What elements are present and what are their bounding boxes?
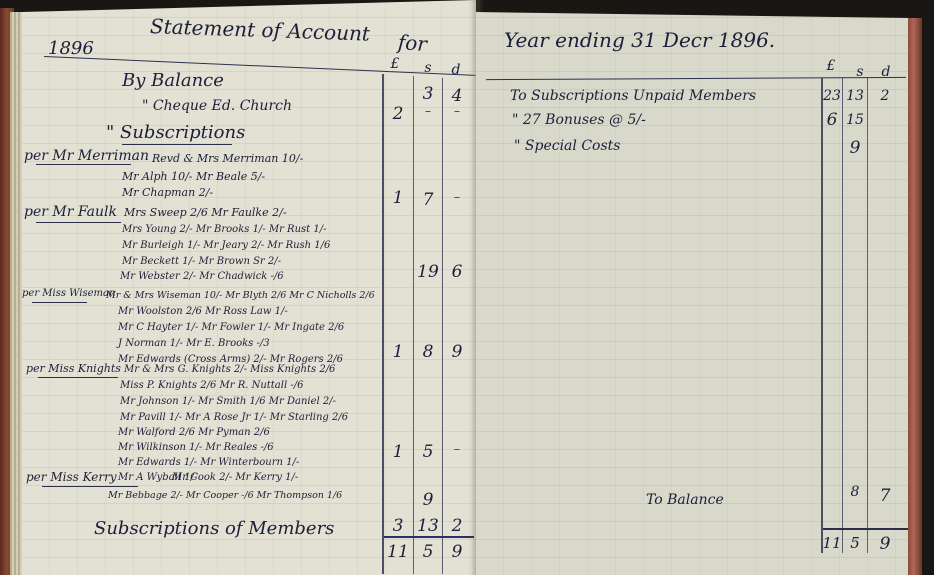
collector-name: per Miss Kerry	[26, 470, 117, 484]
balance-text: To Balance	[646, 492, 724, 508]
column-divider	[442, 78, 443, 574]
column-divider	[382, 74, 384, 574]
subscriber-line: Mr Cook 2/- Mr Kerry 1/-	[172, 472, 298, 483]
amount-s: 9	[414, 490, 442, 510]
entry-text: To Subscriptions Unpaid Members	[510, 88, 756, 104]
summary-d: 2	[443, 516, 471, 536]
subscriber-line: Mrs Sweep 2/6 Mr Faulke 2/-	[124, 206, 287, 219]
entry-s: 13	[843, 88, 867, 104]
entry-d: –	[443, 104, 471, 118]
amount-d: –	[443, 442, 471, 456]
subscriber-line: Mr C Hayter 1/- Mr Fowler 1/- Mr Ingate …	[118, 322, 344, 333]
amount-l: 1	[384, 442, 412, 462]
entry-text: " 27 Bonuses @ 5/-	[512, 112, 646, 128]
balance-d: 7	[872, 486, 898, 506]
total-d: 9	[872, 534, 898, 554]
underline	[122, 144, 232, 145]
subscriber-line: Mr Johnson 1/- Mr Smith 1/6 Mr Daniel 2/…	[120, 396, 336, 407]
entry-s: 15	[843, 112, 867, 128]
entry-d: 2	[872, 88, 898, 104]
entry-s: –	[414, 104, 442, 118]
entry-text: " Cheque Ed. Church	[142, 98, 292, 114]
amount-s: 5	[414, 442, 442, 462]
ledger-page-right: Year ending 31 Decr 1896. £ s d To Subsc…	[476, 0, 910, 575]
subscriber-line: Mr Bebbage 2/- Mr Cooper -/6 Mr Thompson…	[108, 490, 342, 501]
col-head-pounds: £	[816, 58, 846, 74]
page-edges-left	[10, 12, 24, 575]
balance-s: 8	[843, 484, 867, 500]
col-head-pounds: £	[380, 56, 410, 72]
entry-l: 6	[819, 110, 845, 130]
underline	[36, 222, 121, 223]
subscriber-line: Mr Webster 2/- Mr Chadwick -/6	[120, 271, 284, 282]
summary-text: Subscriptions of Members	[94, 518, 334, 539]
total-d: 9	[443, 542, 471, 562]
underline	[32, 302, 87, 303]
entry-text: " Special Costs	[514, 138, 620, 154]
collector-name: per Miss Wiseman	[22, 288, 115, 299]
subscriber-line: Miss P. Knights 2/6 Mr R. Nuttall -/6	[120, 380, 303, 391]
subscriber-line: Mrs Young 2/- Mr Brooks 1/- Mr Rust 1/-	[122, 224, 326, 235]
total-s: 5	[843, 534, 867, 552]
subscriber-line: Mr Walford 2/6 Mr Pyman 2/6	[118, 427, 270, 438]
subscriber-line: Mr Woolston 2/6 Mr Ross Law 1/-	[118, 306, 288, 317]
underline	[42, 486, 138, 487]
amount-s: 19	[414, 262, 442, 282]
header-rule	[44, 56, 476, 76]
page-title-left: Statement of Account	[150, 14, 371, 46]
total-l: 11	[819, 534, 845, 552]
ledger-page-left: Statement of Account for 1896 £ s d By B…	[22, 0, 476, 575]
page-title-right: Year ending 31 Decr 1896.	[504, 28, 775, 52]
subscriber-line: J Norman 1/- Mr E. Brooks -/3	[118, 338, 270, 349]
column-divider	[867, 78, 868, 553]
subscriber-line: Mr Wilkinson 1/- Mr Reales -/6	[118, 442, 274, 453]
title-continuation: for	[397, 30, 428, 56]
col-head-shillings: s	[846, 64, 874, 80]
subscriber-line: Mr Burleigh 1/- Mr Jeary 2/- Mr Rush 1/6	[122, 240, 330, 251]
total-l: 11	[384, 542, 412, 562]
collector-name: per Mr Merriman	[24, 148, 149, 164]
amount-d: –	[443, 190, 471, 204]
book-cover-right	[908, 18, 922, 575]
col-head-shillings: s	[414, 60, 442, 76]
column-divider	[821, 78, 823, 553]
col-head-pence: d	[442, 62, 470, 78]
amount-l: 1	[384, 342, 412, 362]
amount-d: 9	[443, 342, 471, 362]
underline	[38, 377, 118, 378]
amount-l: 1	[384, 188, 412, 208]
total-rule	[384, 536, 474, 538]
subscriber-line: Mr Edwards 1/- Mr Winterbourn 1/-	[118, 457, 299, 468]
subscriber-line: Mr Beckett 1/- Mr Brown Sr 2/-	[122, 256, 281, 267]
subscriber-line: Mr & Mrs Wiseman 10/- Mr Blyth 2/6 Mr C …	[106, 290, 375, 301]
total-s: 5	[414, 542, 442, 562]
entry-text: By Balance	[122, 70, 224, 91]
underline	[36, 164, 131, 165]
subscriber-line: Mr & Mrs G. Knights 2/- Miss Knights 2/6	[124, 364, 335, 375]
col-head-pence: d	[872, 64, 900, 80]
entry-text: " Subscriptions	[106, 122, 245, 143]
amount-d: 6	[443, 262, 471, 282]
entry-l: 2	[384, 104, 412, 124]
entry-l: 23	[819, 88, 845, 104]
entry-s: 9	[843, 138, 867, 158]
total-rule	[823, 528, 911, 530]
summary-s: 13	[414, 516, 442, 536]
collector-name: per Mr Faulk	[24, 204, 117, 220]
collector-name: per Miss Knights	[26, 362, 121, 375]
subscriber-line: Revd & Mrs Merriman 10/-	[152, 152, 303, 165]
subscriber-line: Mr Pavill 1/- Mr A Rose Jr 1/- Mr Starli…	[120, 412, 348, 423]
subscriber-line: Mr Chapman 2/-	[122, 186, 213, 199]
summary-l: 3	[384, 516, 412, 536]
amount-s: 7	[414, 190, 442, 210]
entry-s: 3	[414, 84, 442, 104]
entry-d: 4	[443, 86, 471, 106]
amount-s: 8	[414, 342, 442, 362]
subscriber-line: Mr Alph 10/- Mr Beale 5/-	[122, 170, 265, 183]
